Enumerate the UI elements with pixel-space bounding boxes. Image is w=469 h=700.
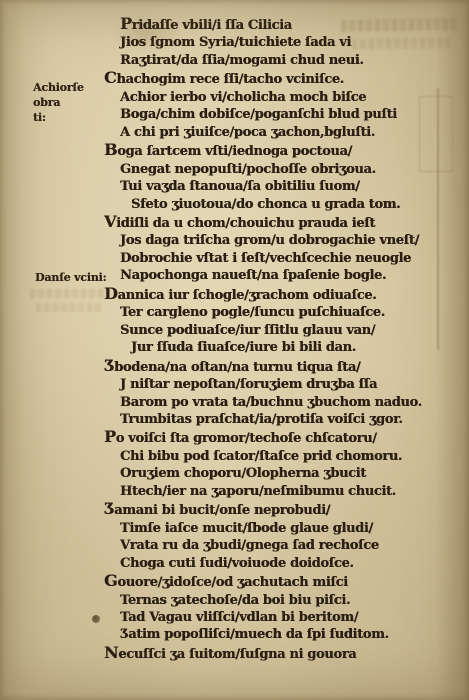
verse-line: Trumbitas praſchat/ia/protiſa voiſci ʒgo… — [104, 411, 460, 428]
verse-line: Boga/chim dobiſce/poganſchi blud puſti — [104, 106, 460, 123]
margin-note-achior: Achiorſe obra ti: — [33, 80, 113, 125]
verse-line: Napochonga naueſt/na ſpaſenie bogle. — [104, 267, 460, 284]
verse-line: Sunce podiuaſce/iur ſſitlu glauu van/ — [104, 322, 460, 339]
verse-line: Ternas ʒatechoſe/da boi biu piſci. — [104, 592, 460, 609]
verse-line: Tad Vagau vliſſci/vdlan bi beritom/ — [104, 609, 460, 626]
margin-note-dan: Danſe vcini: — [35, 270, 115, 285]
verse-line: Timſe iaſce mucit/ſbode glaue gludi/ — [104, 520, 460, 537]
verse-line: Dobrochie vſtat i ſeſt/vechſcechie neuog… — [104, 250, 460, 267]
verse-line: Dannica iur ſchogle/ʒrachom odiuaſce. — [104, 285, 460, 304]
verse-line: Gouore/ʒidoſce/od ʒachutach miſci — [104, 572, 460, 591]
verse-line: Ter cargleno pogle/ſuncu puſchiuaſce. — [104, 304, 460, 321]
verse-line: Jos daga triſcha grom/u dobrogachie vneſ… — [104, 232, 460, 249]
verse-line: Ʒbodena/na oſtan/na turnu tiqua ſta/ — [104, 357, 460, 376]
verse-line: Sfeto ʒiuotoua/do chonca u grada tom. — [104, 196, 460, 213]
verse-line: Vidiſli da u chom/chouichu prauda ieſt — [104, 213, 460, 232]
verse-line: Raʒtirat/da ſſia/mogami chud neui. — [104, 52, 460, 69]
verse-line: Pridaſſe vbili/i ſſa Cilicia — [104, 15, 460, 34]
book-page: Achiorſe obra ti: Danſe vcini: Pridaſſe … — [0, 0, 469, 700]
bleedthrough-text-smudge — [36, 303, 102, 312]
verse-line: Boga ſartcem vſti/iednoga poctoua/ — [104, 141, 460, 160]
verse-line: Gnegat nepopuſti/pochoſſe obriʒoua. — [104, 161, 460, 178]
verse-line: Chi bibu pod ſcator/ſtaſce prid chomoru. — [104, 448, 460, 465]
verse-line: Achior ierbo vi/cholicha moch biſce — [104, 89, 460, 106]
verse-line: Jur ſſuda ſiuaſce/iure bi bili dan. — [104, 339, 460, 356]
margin-note-line: Achiorſe obra — [33, 80, 113, 110]
verse-line: Necuſſci ʒa ſuitom/ſuſgna ni gouora — [104, 644, 460, 663]
ink-spot — [92, 615, 100, 623]
verse-line: Ʒatim popoſliſci/muech da ſpi ſuditom. — [104, 626, 460, 643]
bleedthrough-text-smudge — [30, 289, 108, 298]
verse-line: A chi pri ʒiuiſce/poca ʒachon,bgluſti. — [104, 124, 460, 141]
verse-line: Choga cuti ſudi/voiuode doidoſce. — [104, 555, 460, 572]
margin-note-line: Danſe vcini: — [35, 270, 115, 285]
verse-line: Oruʒiem choporu/Olopherna ʒbucit — [104, 465, 460, 482]
verse-line: Jios ſgnom Syria/tuichiete ſada vi — [104, 34, 460, 51]
verse-line: Ʒamani bi bucit/onſe neprobudi/ — [104, 500, 460, 519]
verse-line: Barom po vrata ta/buchnu ʒbuchom naduo. — [104, 394, 460, 411]
verse-line: Htech/ier na ʒaporu/neſmibumu chucit. — [104, 483, 460, 500]
verse-line: Chachogim rece ſſi/tacho vciniſce. — [104, 69, 460, 88]
verse-line: J niſtar nepoſtan/ſoruʒiem druʒba ſſa — [104, 376, 460, 393]
verse-line: Po voiſci ſta gromor/techoſe chſcatoru/ — [104, 428, 460, 447]
verse-text-column: Pridaſſe vbili/i ſſa CiliciaJios ſgnom S… — [104, 15, 460, 663]
margin-note-line: ti: — [33, 110, 113, 125]
verse-line: Tui vaʒda ſtanoua/ſa obitiliu ſuom/ — [104, 178, 460, 195]
verse-line: Vrata ru da ʒbudi/gnega ſad rechoſce — [104, 537, 460, 554]
